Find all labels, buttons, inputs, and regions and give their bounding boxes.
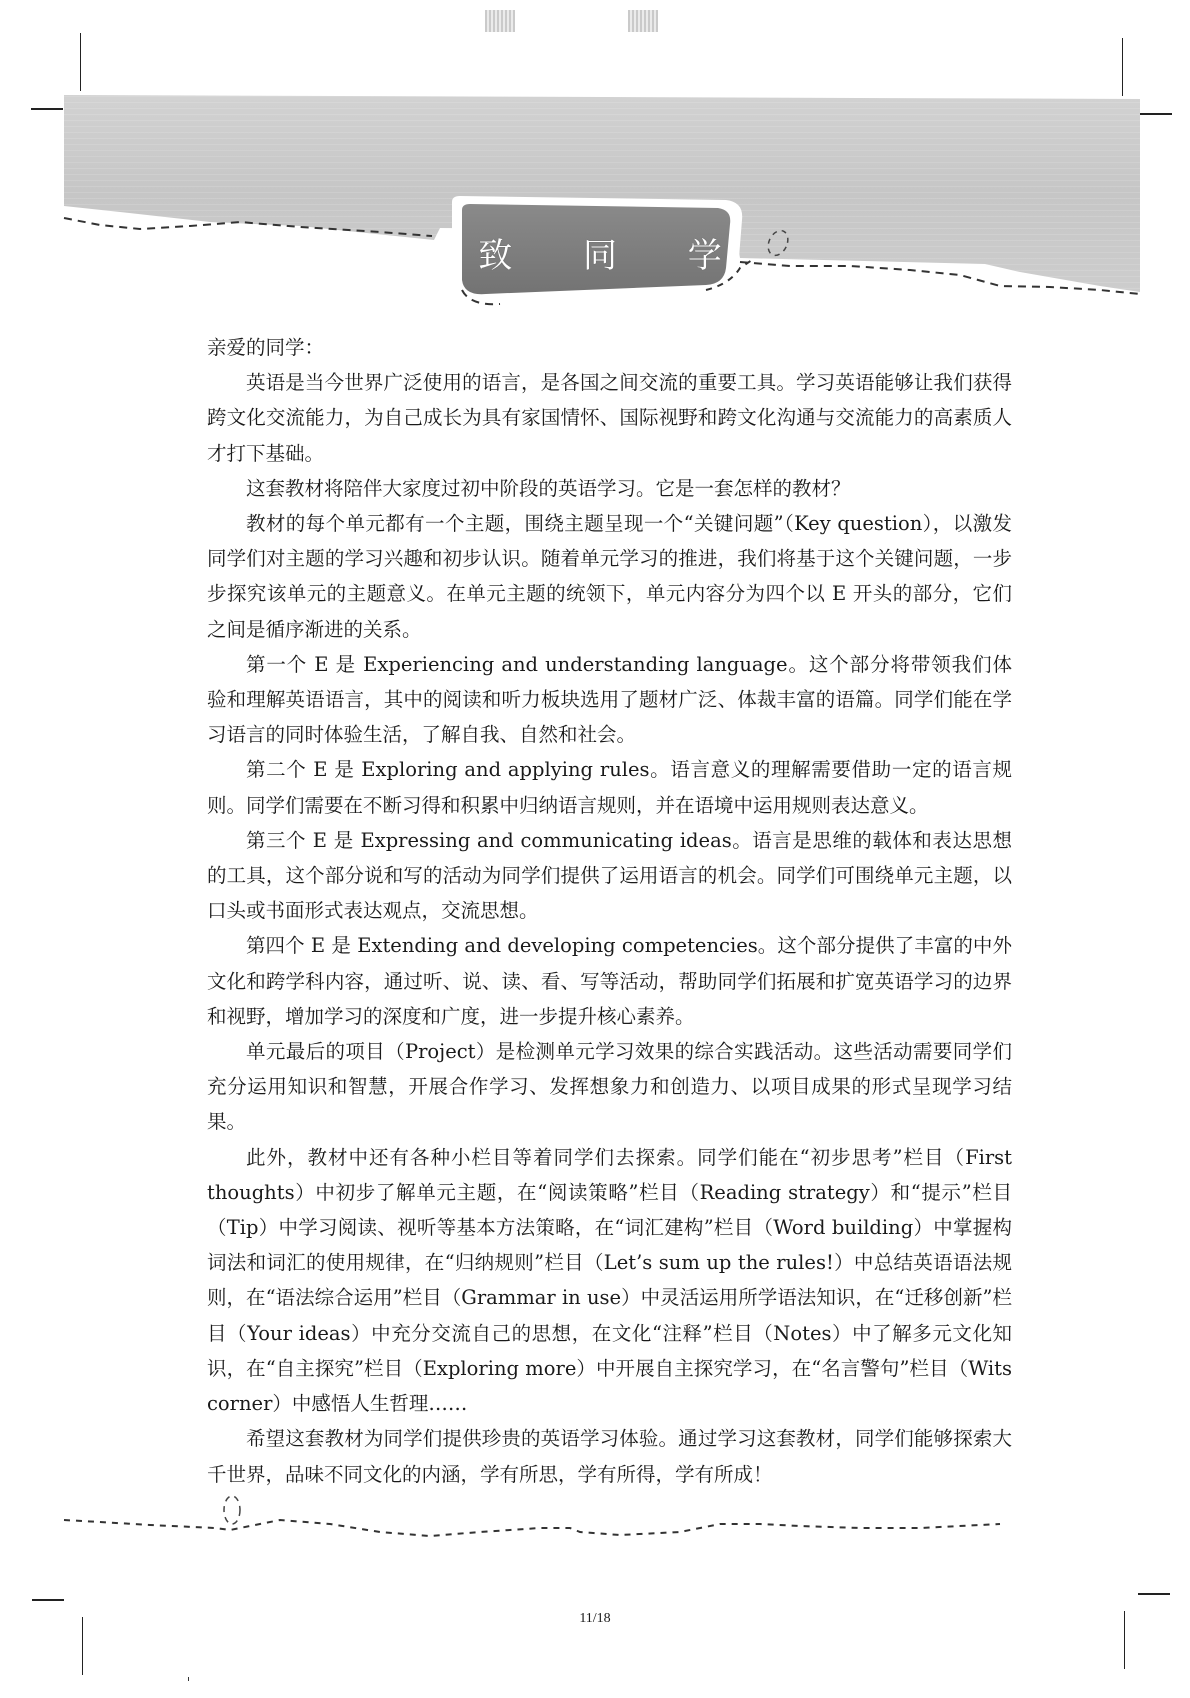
page-number: 11/18 [0, 1611, 1190, 1627]
crop-mark-bottom-right-horizontal [1138, 1593, 1170, 1595]
paragraph-question: 这套教材将陪伴大家度过初中阶段的英语学习。它是一套怎样的教材？ [207, 471, 1012, 506]
paragraph-intro: 英语是当今世界广泛使用的语言，是各国之间交流的重要工具。学习英语能够让我们获得跨… [207, 365, 1012, 471]
paragraph-first-e: 第一个 E 是 Experiencing and understanding l… [207, 647, 1012, 753]
crop-mark-bottom-left-horizontal [32, 1599, 64, 1601]
paragraph-key-question: 教材的每个单元都有一个主题，围绕主题呈现一个“关键问题”（Key questio… [207, 506, 1012, 647]
paragraph-third-e: 第三个 E 是 Expressing and communicating ide… [207, 823, 1012, 929]
footer-dashed-divider [0, 1480, 1190, 1560]
greeting: 亲爱的同学： [207, 330, 1012, 365]
scan-speck [188, 1677, 189, 1681]
paragraph-project: 单元最后的项目（Project）是检测单元学习效果的综合实践活动。这些活动需要同… [207, 1034, 1012, 1140]
paragraph-second-e: 第二个 E 是 Exploring and applying rules。语言意… [207, 752, 1012, 822]
paragraph-sections: 此外，教材中还有各种小栏目等着同学们去探索。同学们能在“初步思考”栏目（Firs… [207, 1140, 1012, 1422]
paragraph-fourth-e: 第四个 E 是 Extending and developing compete… [207, 928, 1012, 1034]
letter-body: 亲爱的同学： 英语是当今世界广泛使用的语言，是各国之间交流的重要工具。学习英语能… [207, 330, 1012, 1492]
page-title: 致 同 学 [446, 228, 754, 277]
